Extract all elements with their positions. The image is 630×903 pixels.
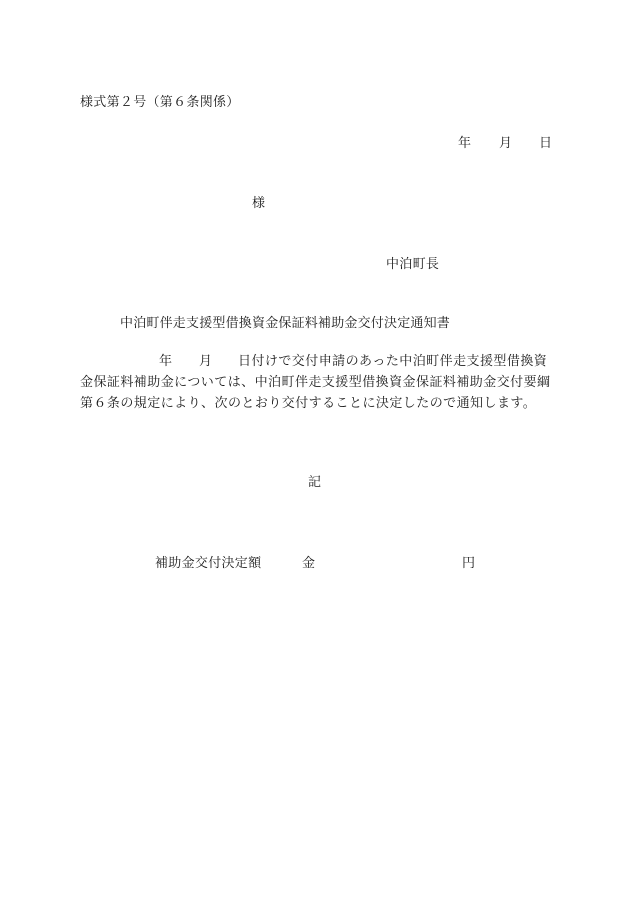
body-line-3: 第６条の規定により、次のとおり交付することに決定したので通知します。 xyxy=(80,396,536,412)
date-year-label: 年 xyxy=(458,136,471,152)
recipient-honorific: 様 xyxy=(252,196,265,212)
amount-unit: 円 xyxy=(462,556,475,572)
date-month-label: 月 xyxy=(499,136,512,152)
body-line-1: 日付けで交付申請のあった中泊町伴走支援型借換資 xyxy=(238,354,547,370)
ki-heading: 記 xyxy=(308,475,321,491)
amount-prefix: 金 xyxy=(302,556,315,572)
date-day-label: 日 xyxy=(539,136,552,152)
amount-label: 補助金交付決定額 xyxy=(155,556,261,572)
document-page: 様式第２号（第６条関係） 年 月 日 様 中泊町長 中泊町伴走支援型借換資金保証… xyxy=(0,0,630,903)
body-year-label: 年 xyxy=(159,354,172,370)
body-line-2: 金保証料補助金については、中泊町伴走支援型借換資金保証料補助金交付要綱 xyxy=(80,375,551,391)
document-title: 中泊町伴走支援型借換資金保証料補助金交付決定通知書 xyxy=(120,316,450,332)
form-number: 様式第２号（第６条関係） xyxy=(80,95,240,111)
body-month-label: 月 xyxy=(199,354,212,370)
sender-name: 中泊町長 xyxy=(386,257,439,273)
